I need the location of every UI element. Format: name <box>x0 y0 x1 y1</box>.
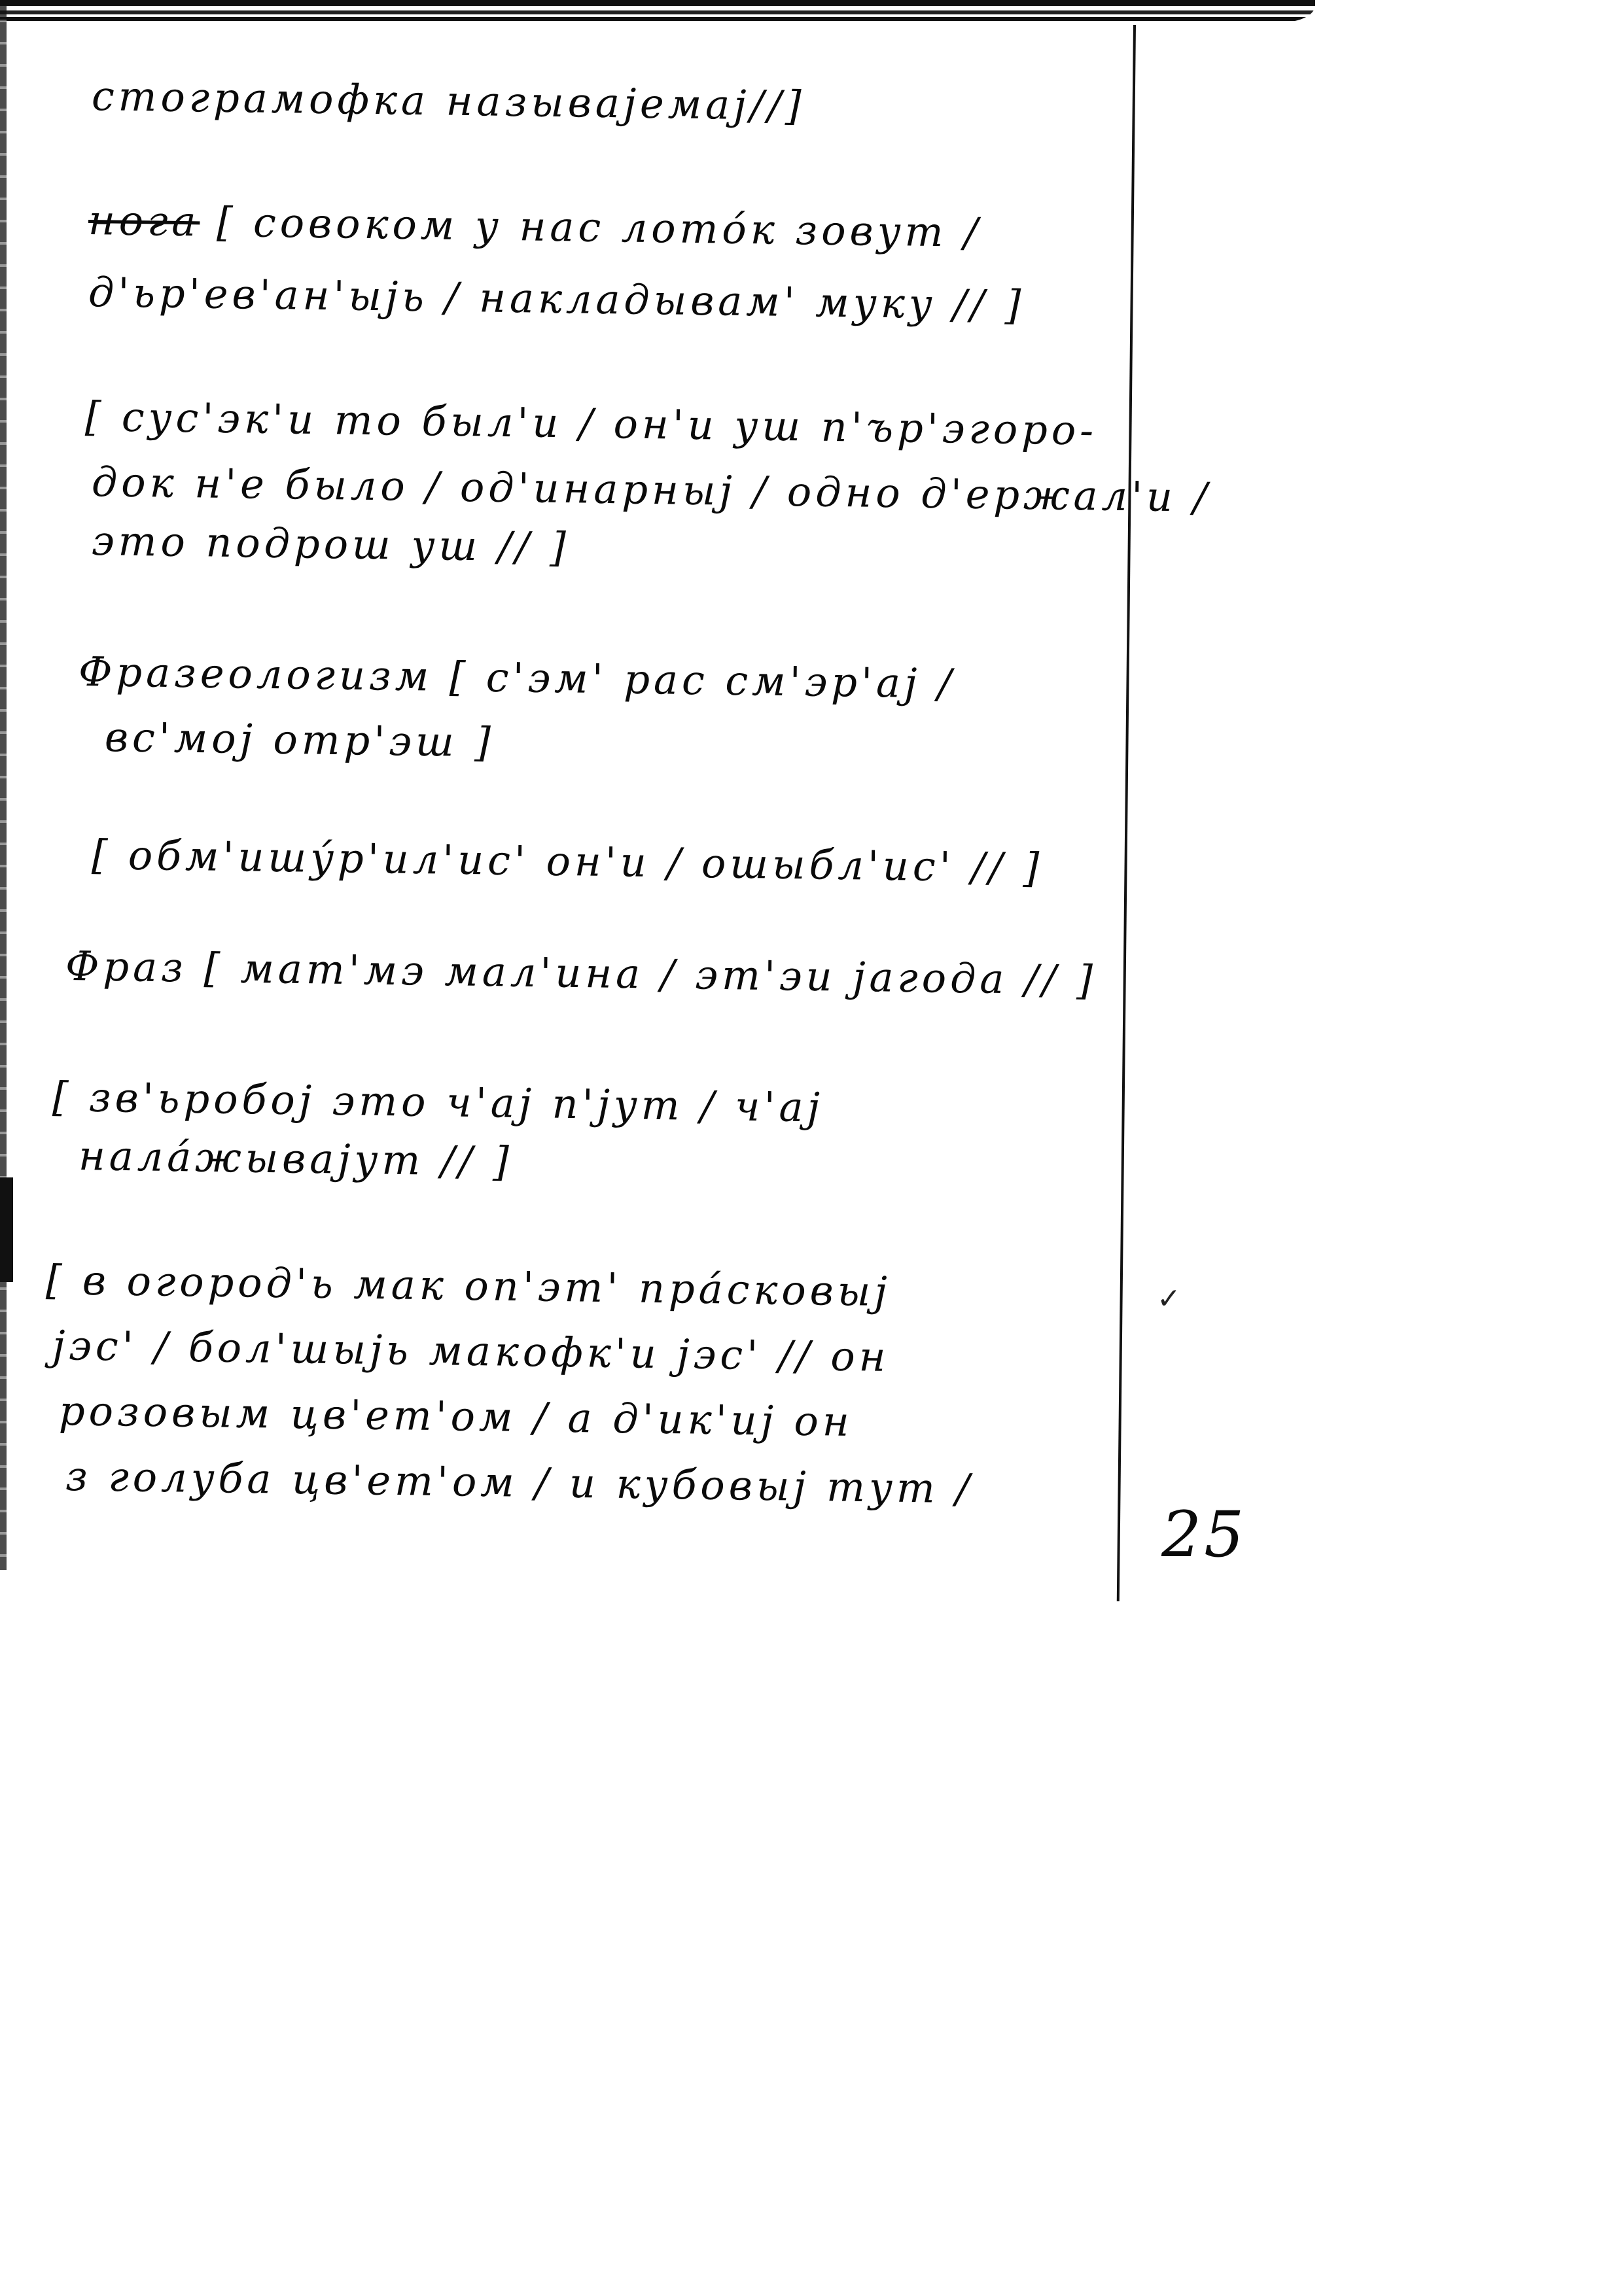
line-text: [ сус'эк'и то был'и / он'и уш п'ър'эгоро… <box>84 392 1097 455</box>
page-left-edge-shadow <box>0 0 7 1570</box>
line-text: Фраз [ мат'мэ мал'ина / эт'эи jагода // … <box>65 942 1097 1004</box>
handwritten-line-8d: з голуба цв'ет'ом / и кубовыj тут / <box>65 1452 973 1512</box>
line-text: jэс' / бол'шыјь макофк'и jэс' // он <box>52 1321 890 1381</box>
page-top-edge-shadow <box>0 0 1315 22</box>
page-number: 25 <box>1161 1498 1246 1571</box>
line-text: д'ьр'ев'ан'ыјь / накладывам' муку // ] <box>88 268 1025 329</box>
handwritten-line-3b: док н'е было / од'инарныј / одно д'ержал… <box>91 458 1211 521</box>
handwritten-line-8b: jэс' / бол'шыјь макофк'и jэс' // он <box>52 1321 890 1381</box>
line-text: розовым цв'ет'ом / а д'ик'иj он <box>58 1387 853 1446</box>
handwritten-line-4a: Фразеологизм [ с'эм' рас см'эр'аj / <box>78 648 955 708</box>
line-text: [ в огород'ь мак оп'эт' пра́сковыj <box>45 1256 891 1315</box>
handwritten-line-8c: розовым цв'ет'ом / а д'ик'иj он <box>58 1387 853 1446</box>
notebook-page: стограмофка называjемаj//] нога [ совоко… <box>0 0 1607 2296</box>
handwritten-line-3a: [ сус'эк'и то был'и / он'и уш п'ър'эгоро… <box>84 392 1097 455</box>
line-text: Фразеологизм [ с'эм' рас см'эр'аj / <box>78 648 955 708</box>
handwritten-line-4b: вс'моj отр'эш ] <box>104 713 495 766</box>
line-text: стограмофка называjемаj//] <box>91 72 805 130</box>
handwritten-line-7a: [ зв'ьробоj это ч'аj п'jут / ч'аj <box>52 1073 824 1131</box>
line-text: вс'моj отр'эш ] <box>104 713 495 766</box>
handwritten-line-2a: нога [ совоком у нас лото́к зовут / <box>88 196 981 256</box>
handwritten-line-2b: д'ьр'ев'ан'ыјь / накладывам' муку // ] <box>88 268 1025 329</box>
check-mark-icon: ✓ <box>1157 1282 1181 1315</box>
line-text: [ зв'ьробоj это ч'аj п'jут / ч'аj <box>52 1073 824 1131</box>
line-text: это подрош уш // ] <box>91 517 570 571</box>
margin-rule-line <box>1117 25 1136 1601</box>
handwritten-line-7b: нала́жываjут // ] <box>78 1132 513 1185</box>
line-text: [ совоком у нас лото́к зовут / <box>217 198 982 256</box>
line-text: док н'е было / од'инарныј / одно д'ержал… <box>91 458 1211 521</box>
struck-word: нога <box>88 196 200 245</box>
handwritten-line-3c: это подрош уш // ] <box>91 517 570 571</box>
handwritten-line-1: стограмофка называjемаj//] <box>91 72 805 130</box>
binding-mark <box>0 1177 13 1282</box>
handwritten-line-8a: [ в огород'ь мак оп'эт' пра́сковыj <box>45 1256 891 1315</box>
handwritten-line-6: Фраз [ мат'мэ мал'ина / эт'эи jагода // … <box>65 942 1097 1004</box>
line-text: з голуба цв'ет'ом / и кубовыj тут / <box>65 1452 973 1512</box>
handwritten-line-5: [ обм'ишу́р'ил'ис' он'и / ошыбл'ис' // ] <box>91 831 1043 892</box>
line-text: [ обм'ишу́р'ил'ис' он'и / ошыбл'ис' // ] <box>91 831 1043 892</box>
line-text: нала́жываjут // ] <box>78 1132 513 1185</box>
